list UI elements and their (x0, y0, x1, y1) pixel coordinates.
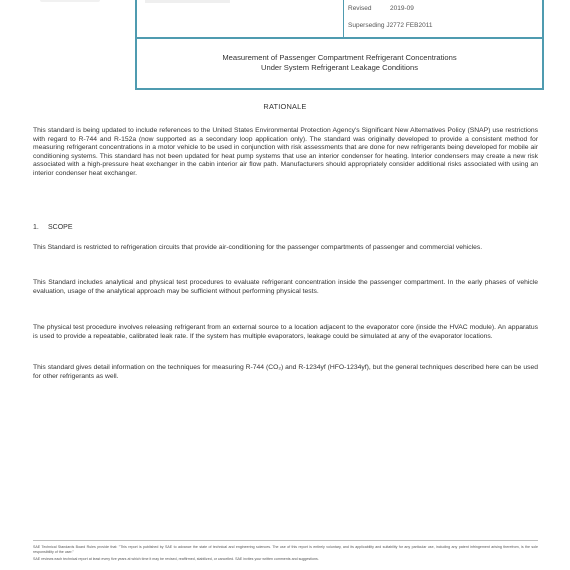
section-number: 1. (33, 224, 48, 231)
section-title: SCOPE (48, 224, 73, 231)
meta-label: Superseding (348, 22, 385, 29)
scope-paragraph-1: This Standard is restricted to refrigera… (33, 244, 538, 253)
rationale-paragraph: This standard is being updated to includ… (33, 127, 538, 179)
scope-heading: 1.SCOPE (33, 224, 73, 231)
footer-notice-2: SAE reviews each technical report at lea… (33, 557, 538, 562)
meta-label: Revised (348, 5, 380, 12)
meta-value: 2019-09 (390, 5, 414, 12)
scope-paragraph-3: The physical test procedure involves rel… (33, 324, 538, 341)
scope-paragraph-4: This standard gives detail information o… (33, 364, 538, 381)
document-meta: Revised2019-09 Superseding J2772 FEB2011 (343, 0, 542, 37)
document-header-box: Revised2019-09 Superseding J2772 FEB2011… (135, 0, 544, 90)
header-top-row: Revised2019-09 Superseding J2772 FEB2011 (137, 0, 542, 39)
footer-divider (33, 540, 538, 541)
title-line-1: Measurement of Passenger Compartment Ref… (222, 53, 456, 63)
cropped-header-text (145, 0, 230, 3)
footer-notice-1: SAE Technical Standards Board Rules prov… (33, 545, 538, 554)
meta-value: J2772 FEB2011 (386, 22, 432, 29)
meta-superseding: Superseding J2772 FEB2011 (348, 22, 432, 29)
document-title: Measurement of Passenger Compartment Ref… (137, 37, 542, 88)
meta-revised: Revised2019-09 (348, 5, 414, 12)
rationale-heading: RATIONALE (0, 102, 570, 111)
cropped-logo (40, 0, 100, 2)
scope-paragraph-2: This Standard includes analytical and ph… (33, 279, 538, 296)
title-line-2: Under System Refrigerant Leakage Conditi… (261, 63, 418, 73)
